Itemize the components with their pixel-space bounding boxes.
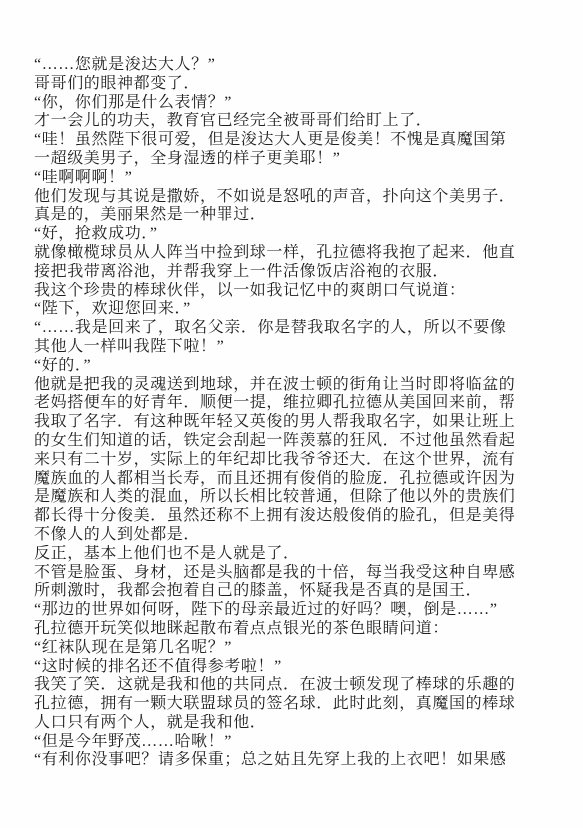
text-line: 就像橄榄球员从人阵当中捡到球一样，孔拉德将我抱了起来．他直	[34, 244, 550, 263]
text-line: “你，你们那是什么表情？”	[34, 94, 550, 113]
text-line: 我笑了笑．这就是我和他的共同点．在波士顿发现了棒球的乐趣的	[34, 676, 550, 695]
text-line: “那边的世界如何呀，陛下的母亲最近过的好吗？噢，倒是……”	[34, 601, 550, 620]
text-line: “陛下，欢迎您回来．”	[34, 300, 550, 319]
text-line: 真是的，美丽果然是一种罪过．	[34, 206, 550, 225]
text-line: “红袜队现在是第几名呢？”	[34, 639, 550, 658]
text-line: 老妈搭便车的好青年．顺便一提，维拉卿孔拉德从美国回来前，帮	[34, 394, 550, 413]
text-line: 的女生们知道的话，铁定会刮起一阵羡慕的狂风．不过他虽然看起	[34, 432, 550, 451]
text-line: 不像人的人到处都是．	[34, 526, 550, 545]
text-line: 魔族血的人都相当长寿，而且还拥有俊俏的脸庞．孔拉德或许因为	[34, 470, 550, 489]
text-line: 我这个珍贵的棒球伙伴，以一如我记忆中的爽朗口气说道：	[34, 282, 550, 301]
text-line: “哇！虽然陛下很可爱，但是浚达大人更是俊美！不愧是真魔国第	[34, 131, 550, 150]
text-line: 不管是脸蛋、身材，还是头脑都是我的十倍，每当我受这种自卑感	[34, 564, 550, 583]
text-line: 他就是把我的灵魂送到地球，并在波士顿的街角让当时即将临盆的	[34, 376, 550, 395]
text-line: “哇啊啊啊！”	[34, 169, 550, 188]
text-line: 都长得十分俊美．虽然还称不上拥有浚达般俊俏的脸孔，但是美得	[34, 507, 550, 526]
text-line: “有利你没事吧？请多保重；总之姑且先穿上我的上衣吧！如果感	[34, 751, 550, 770]
text-line: 他们发现与其说是撒娇，不如说是怒吼的声音，扑向这个美男子．	[34, 188, 550, 207]
text-line: 我取了名字．有这种既年轻又英俊的男人帮我取名字，如果让班上	[34, 413, 550, 432]
text-line: 人口只有两个人，就是我和他．	[34, 714, 550, 733]
text-line: “但是今年野茂……哈啾！”	[34, 733, 550, 752]
text-line: 接把我带离浴池，并帮我穿上一件活像饭店浴袍的衣服．	[34, 263, 550, 282]
text-line: 哥哥们的眼神都变了．	[34, 75, 550, 94]
text-line: 才一会儿的功夫，教育官已经完全被哥哥们给盯上了．	[34, 112, 550, 131]
text-line: 来只有二十岁，实际上的年纪却比我爷爷还大．在这个世界，流有	[34, 451, 550, 470]
text-line: “好的．”	[34, 357, 550, 376]
text-line: 孔拉德开玩笑似地眯起散布着点点银光的茶色眼睛问道：	[34, 620, 550, 639]
text-line: “好，抢救成功．”	[34, 225, 550, 244]
page-text-block: “……您就是浚达大人？”哥哥们的眼神都变了．“你，你们那是什么表情？”才一会儿的…	[34, 56, 550, 770]
text-line: 所刺激时，我都会抱着自己的膝盖，怀疑我是否真的是国王．	[34, 582, 550, 601]
text-line: “这时候的排名还不值得参考啦！”	[34, 658, 550, 677]
text-line: “……您就是浚达大人？”	[34, 56, 550, 75]
text-line: 孔拉德，拥有一颗大联盟球员的签名球．此时此刻，真魔国的棒球	[34, 695, 550, 714]
text-line: 其他人一样叫我陛下啦！”	[34, 338, 550, 357]
scanned-book-page: “……您就是浚达大人？”哥哥们的眼神都变了．“你，你们那是什么表情？”才一会儿的…	[0, 0, 583, 828]
text-line: 是魔族和人类的混血，所以长相比较普通，但除了他以外的贵族们	[34, 488, 550, 507]
text-line: 一超级美男子，全身湿透的样子更美耶！”	[34, 150, 550, 169]
text-line: 反正，基本上他们也不是人就是了．	[34, 545, 550, 564]
text-line: “……我是回来了，取名父亲．你是替我取名字的人，所以不要像	[34, 319, 550, 338]
